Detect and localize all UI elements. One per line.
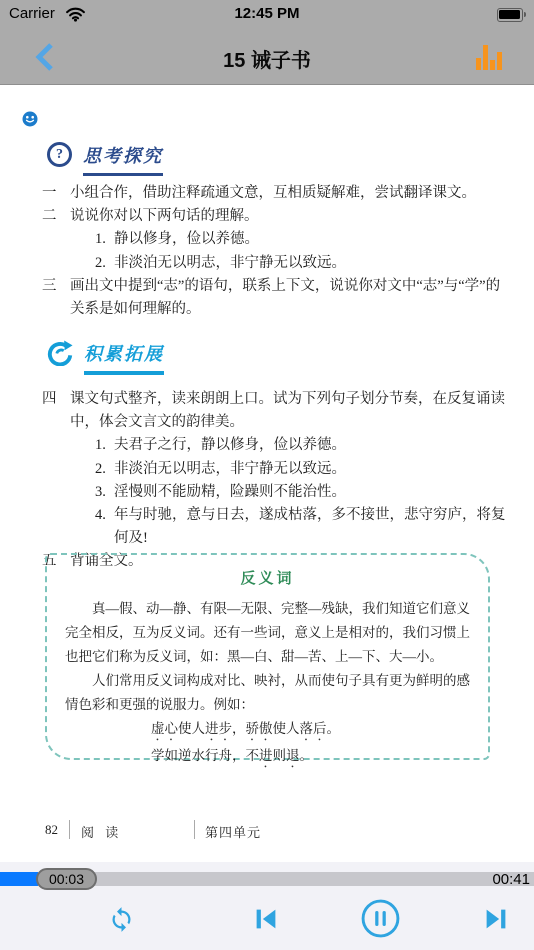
list-item: 二 说说你对以下两句话的理解。 (42, 205, 506, 228)
item-number: 一 (42, 182, 70, 205)
list-subitem: 2. 非淡泊无以明志，非宁静无以致远。 (42, 252, 506, 275)
page-footer: 82 阅 读 第四单元 (0, 820, 534, 842)
page-title: 15 诫子书 (0, 44, 534, 73)
current-time-label: 00:03 (49, 871, 84, 887)
smiley-marker-icon[interactable] (22, 111, 38, 127)
item-text: 说说你对以下两句话的理解。 (70, 205, 506, 228)
clock-label: 12:45 PM (0, 5, 534, 22)
list-subitem: 2. 非淡泊无以明志，非宁静无以致远。 (42, 458, 506, 481)
pause-button[interactable] (360, 898, 401, 942)
next-track-button[interactable] (481, 904, 511, 937)
skip-previous-icon (251, 904, 281, 934)
antonym-knowledge-box: 反义词 真—假、动—静、有限—无限、完整—残缺，我们知道它们意义完全相反，互为反… (45, 553, 490, 760)
item-text: 小组合作，借助注释疏通文意，互相质疑解难，尝试翻译课文。 (70, 182, 506, 205)
item-text: 夫君子之行，静以修身，俭以养德。 (114, 434, 506, 457)
item-text: 画出文中提到“志”的语句，联系上下文，说说你对文中“志”与“学”的关系是如何理解… (70, 275, 506, 321)
list-item: 三 画出文中提到“志”的语句，联系上下文，说说你对文中“志”与“学”的关系是如何… (42, 275, 506, 321)
skip-next-icon (481, 904, 511, 934)
item-text: 年与时驰，意与日去，遂成枯落，多不接世，悲守穷庐，将复何及! (114, 504, 506, 550)
item-number: 2. (95, 458, 114, 481)
footer-divider (194, 820, 195, 839)
item-text: 淫慢则不能励精，险躁则不能治性。 (114, 481, 506, 504)
repeat-icon (108, 906, 135, 933)
box-example-line: 学如逆水行舟，不进则退。 (65, 744, 470, 771)
item-text: 课文句式整齐，读来朗朗上口。试为下列句子划分节奏，在反复诵读中，体会文言文的韵律… (70, 388, 506, 434)
question-list-accum: 四 课文句式整齐，读来朗朗上口。试为下列句子划分节奏，在反复诵读中，体会文言文的… (42, 388, 506, 574)
status-bar: Carrier 12:45 PM (0, 0, 534, 30)
list-subitem: 3. 淫慢则不能励精，险躁则不能治性。 (42, 481, 506, 504)
battery-icon (497, 8, 526, 21)
item-number: 二 (42, 205, 70, 228)
list-item: 一 小组合作，借助注释疏通文意，互相质疑解难，尝试翻译课文。 (42, 182, 506, 205)
bar-chart-icon (475, 43, 503, 71)
item-text: 非淡泊无以明志，非宁静无以致远。 (114, 458, 506, 481)
footer-divider (69, 820, 70, 839)
nav-bar: 15 诫子书 (0, 30, 534, 85)
player-controls (0, 898, 534, 944)
book-page: ? 思考探究 一 小组合作，借助注释疏通文意，互相质疑解难，尝试翻译课文。 二 … (0, 85, 534, 862)
item-number: 1. (95, 434, 114, 457)
item-number: 4. (95, 504, 114, 550)
list-subitem: 4. 年与时驰，意与日去，遂成枯落，多不接世，悲守穷庐，将复何及! (42, 504, 506, 550)
section-header-accum: 积累拓展 (47, 340, 164, 375)
item-number: 1. (95, 228, 114, 251)
total-time-label: 00:41 (492, 871, 530, 888)
progress-thumb[interactable]: 00:03 (36, 868, 97, 890)
section-header-think: ? 思考探究 (47, 142, 163, 176)
previous-track-button[interactable] (251, 904, 281, 937)
list-subitem: 1. 静以修身，俭以养德。 (42, 228, 506, 251)
page-number: 82 (45, 822, 58, 838)
list-subitem: 1. 夫君子之行，静以修身，俭以养德。 (42, 434, 506, 457)
pause-circle-icon (360, 898, 401, 939)
box-paragraph: 真—假、动—静、有限—无限、完整—残缺，我们知道它们意义完全相反，互为反义词。还… (65, 597, 470, 669)
repeat-button[interactable] (108, 906, 135, 936)
question-list-think: 一 小组合作，借助注释疏通文意，互相质疑解难，尝试翻译课文。 二 说说你对以下两… (42, 182, 506, 321)
progress-bar[interactable]: 00:03 00:41 (0, 872, 534, 886)
item-number: 2. (95, 252, 114, 275)
item-text: 非淡泊无以明志，非宁静无以致远。 (114, 252, 506, 275)
footer-unit-label: 第四单元 (205, 822, 261, 841)
section-title: 思考探究 (83, 142, 163, 176)
box-paragraph: 人们常用反义词构成对比、映衬，从而使句子具有更为鲜明的感情色彩和更强的说服力。例… (65, 669, 470, 717)
item-number: 三 (42, 275, 70, 321)
progress-fill (0, 872, 38, 886)
bar-chart-button[interactable] (474, 43, 504, 73)
item-number: 四 (42, 388, 70, 434)
box-title: 反义词 (65, 567, 470, 588)
box-example-line: 虚心使人进步，骄傲使人落后。 (65, 717, 470, 744)
circular-arrow-icon (47, 340, 73, 371)
audio-player: 00:03 00:41 (0, 862, 534, 950)
app-screen: Carrier 12:45 PM 15 诫子书 (0, 0, 534, 950)
item-number: 3. (95, 481, 114, 504)
section-title: 积累拓展 (84, 340, 164, 375)
item-text: 静以修身，俭以养德。 (114, 228, 506, 251)
question-circle-icon: ? (47, 142, 72, 167)
list-item: 四 课文句式整齐，读来朗朗上口。试为下列句子划分节奏，在反复诵读中，体会文言文的… (42, 388, 506, 434)
footer-section-label: 阅 读 (81, 822, 122, 841)
